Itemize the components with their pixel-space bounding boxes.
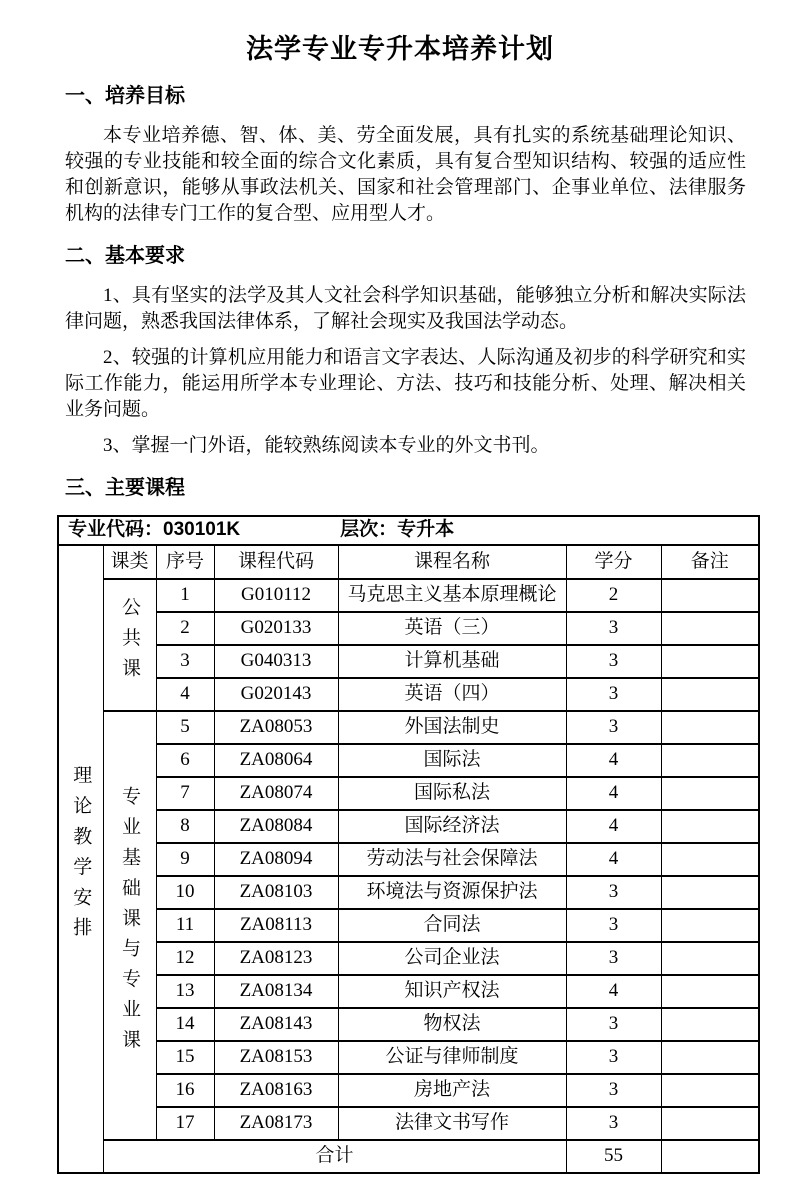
course-no: 16 — [156, 1074, 214, 1107]
course-table: 专业代码：030101K层次：专升本 理论教学安排 课类 序号 课程代码 课程名… — [57, 515, 760, 1174]
course-category-text: 专业基础课与专业课 — [120, 786, 139, 1060]
course-name: 物权法 — [338, 1008, 566, 1041]
course-code: G020143 — [214, 678, 338, 711]
course-no: 9 — [156, 843, 214, 876]
course-credits: 3 — [566, 909, 661, 942]
course-row: 9ZA08094劳动法与社会保障法4 — [58, 843, 759, 876]
course-name: 马克思主义基本原理概论 — [338, 579, 566, 612]
course-credits: 4 — [566, 810, 661, 843]
course-no: 6 — [156, 744, 214, 777]
course-remark — [661, 909, 759, 942]
course-credits: 4 — [566, 777, 661, 810]
course-credits: 4 — [566, 975, 661, 1008]
course-credits: 4 — [566, 744, 661, 777]
course-row: 公共课1G010112马克思主义基本原理概论2 — [58, 579, 759, 612]
major-code-value: 030101K — [163, 519, 240, 540]
course-row: 17ZA08173法律文书写作3 — [58, 1107, 759, 1140]
section-training-objectives: 一、培养目标 本专业培养德、智、体、美、劳全面发展，具有扎实的系统基础理论知识、… — [0, 83, 800, 227]
course-row: 12ZA08123公司企业法3 — [58, 942, 759, 975]
course-row: 7ZA08074国际私法4 — [58, 777, 759, 810]
course-code: ZA08064 — [214, 744, 338, 777]
course-name: 公证与律师制度 — [338, 1041, 566, 1074]
course-remark — [661, 711, 759, 744]
course-name: 环境法与资源保护法 — [338, 876, 566, 909]
course-row: 11ZA08113合同法3 — [58, 909, 759, 942]
level-value: 专升本 — [397, 519, 454, 540]
side-label-theory-teaching: 理论教学安排 — [58, 545, 103, 1173]
col-header-serial-no: 序号 — [156, 545, 214, 579]
table-total-row: 合计 55 — [58, 1140, 759, 1173]
major-code-label: 专业代码： — [68, 519, 163, 540]
course-code: ZA08163 — [214, 1074, 338, 1107]
course-row: 14ZA08143物权法3 — [58, 1008, 759, 1041]
course-remark — [661, 612, 759, 645]
course-no: 5 — [156, 711, 214, 744]
course-code: G040313 — [214, 645, 338, 678]
course-row: 16ZA08163房地产法3 — [58, 1074, 759, 1107]
course-code: ZA08113 — [214, 909, 338, 942]
course-remark — [661, 876, 759, 909]
col-header-course-name: 课程名称 — [338, 545, 566, 579]
course-code: ZA08094 — [214, 843, 338, 876]
course-remark — [661, 1041, 759, 1074]
course-credits: 2 — [566, 579, 661, 612]
total-remark — [661, 1140, 759, 1173]
course-no: 1 — [156, 579, 214, 612]
section-heading-main-courses: 三、主要课程 — [65, 475, 746, 501]
course-code: G020133 — [214, 612, 338, 645]
course-remark — [661, 645, 759, 678]
side-label-text: 理论教学安排 — [71, 765, 90, 947]
course-no: 12 — [156, 942, 214, 975]
course-code: ZA08143 — [214, 1008, 338, 1041]
course-code: G010112 — [214, 579, 338, 612]
course-name: 劳动法与社会保障法 — [338, 843, 566, 876]
course-credits: 3 — [566, 1008, 661, 1041]
course-credits: 3 — [566, 1041, 661, 1074]
col-header-course-code: 课程代码 — [214, 545, 338, 579]
document-page: 法学专业专升本培养计划 一、培养目标 本专业培养德、智、体、美、劳全面发展，具有… — [0, 0, 800, 1199]
course-no: 7 — [156, 777, 214, 810]
section-heading-basic-requirements: 二、基本要求 — [65, 243, 746, 269]
course-code: ZA08123 — [214, 942, 338, 975]
level-label: 层次： — [340, 519, 397, 540]
course-remark — [661, 942, 759, 975]
course-code: ZA08053 — [214, 711, 338, 744]
course-name: 知识产权法 — [338, 975, 566, 1008]
course-remark — [661, 843, 759, 876]
course-code: ZA08103 — [214, 876, 338, 909]
course-code: ZA08084 — [214, 810, 338, 843]
course-name: 国际法 — [338, 744, 566, 777]
course-row: 专业基础课与专业课5ZA08053外国法制史3 — [58, 711, 759, 744]
course-name: 公司企业法 — [338, 942, 566, 975]
course-remark — [661, 777, 759, 810]
col-header-remark: 备注 — [661, 545, 759, 579]
section-main-courses: 三、主要课程 — [0, 475, 800, 501]
course-name: 国际私法 — [338, 777, 566, 810]
course-credits: 3 — [566, 645, 661, 678]
course-credits: 3 — [566, 1107, 661, 1140]
course-remark — [661, 678, 759, 711]
course-row: 13ZA08134知识产权法4 — [58, 975, 759, 1008]
course-remark — [661, 1008, 759, 1041]
course-row: 15ZA08153公证与律师制度3 — [58, 1041, 759, 1074]
course-no: 17 — [156, 1107, 214, 1140]
course-row: 4G020143英语（四）3 — [58, 678, 759, 711]
course-name: 外国法制史 — [338, 711, 566, 744]
course-name: 国际经济法 — [338, 810, 566, 843]
course-credits: 3 — [566, 678, 661, 711]
course-no: 3 — [156, 645, 214, 678]
paragraph-requirement-3: 3、掌握一门外语，能较熟练阅读本专业的外文书刊。 — [65, 433, 746, 459]
course-row: 2G020133英语（三）3 — [58, 612, 759, 645]
col-header-credits: 学分 — [566, 545, 661, 579]
course-code: ZA08153 — [214, 1041, 338, 1074]
section-basic-requirements: 二、基本要求 1、具有坚实的法学及其人文社会科学知识基础，能够独立分析和解决实际… — [0, 243, 800, 459]
course-row: 8ZA08084国际经济法4 — [58, 810, 759, 843]
course-name: 房地产法 — [338, 1074, 566, 1107]
course-no: 4 — [156, 678, 214, 711]
col-header-course-type: 课类 — [103, 545, 156, 579]
course-remark — [661, 1074, 759, 1107]
course-credits: 3 — [566, 612, 661, 645]
total-label: 合计 — [103, 1140, 566, 1173]
course-credits: 4 — [566, 843, 661, 876]
course-row: 6ZA08064国际法4 — [58, 744, 759, 777]
course-remark — [661, 975, 759, 1008]
course-code: ZA08074 — [214, 777, 338, 810]
course-no: 11 — [156, 909, 214, 942]
paragraph-training-objectives: 本专业培养德、智、体、美、劳全面发展，具有扎实的系统基础理论知识、较强的专业技能… — [65, 123, 746, 227]
course-row: 3G040313计算机基础3 — [58, 645, 759, 678]
course-no: 10 — [156, 876, 214, 909]
course-category-cell: 专业基础课与专业课 — [103, 711, 156, 1140]
course-name: 合同法 — [338, 909, 566, 942]
course-remark — [661, 810, 759, 843]
course-code: ZA08173 — [214, 1107, 338, 1140]
course-remark — [661, 744, 759, 777]
course-name: 英语（三） — [338, 612, 566, 645]
course-credits: 3 — [566, 876, 661, 909]
paragraph-requirement-2: 2、较强的计算机应用能力和语言文字表达、人际沟通及初步的科学研究和实际工作能力，… — [65, 345, 746, 423]
paragraph-requirement-1: 1、具有坚实的法学及其人文社会科学知识基础，能够独立分析和解决实际法律问题，熟悉… — [65, 283, 746, 335]
course-no: 13 — [156, 975, 214, 1008]
section-heading-training-objectives: 一、培养目标 — [65, 83, 746, 109]
course-code: ZA08134 — [214, 975, 338, 1008]
course-credits: 3 — [566, 1074, 661, 1107]
course-credits: 3 — [566, 942, 661, 975]
table-meta-cell: 专业代码：030101K层次：专升本 — [58, 516, 759, 545]
course-category-cell: 公共课 — [103, 579, 156, 711]
course-name: 英语（四） — [338, 678, 566, 711]
table-header-row: 理论教学安排 课类 序号 课程代码 课程名称 学分 备注 — [58, 545, 759, 579]
course-category-text: 公共课 — [120, 597, 139, 688]
table-meta-row: 专业代码：030101K层次：专升本 — [58, 516, 759, 545]
course-name: 法律文书写作 — [338, 1107, 566, 1140]
course-no: 15 — [156, 1041, 214, 1074]
course-no: 14 — [156, 1008, 214, 1041]
course-name: 计算机基础 — [338, 645, 566, 678]
course-no: 8 — [156, 810, 214, 843]
course-credits: 3 — [566, 711, 661, 744]
document-title: 法学专业专升本培养计划 — [0, 32, 800, 67]
course-no: 2 — [156, 612, 214, 645]
course-remark — [661, 1107, 759, 1140]
course-row: 10ZA08103环境法与资源保护法3 — [58, 876, 759, 909]
course-remark — [661, 579, 759, 612]
total-credits: 55 — [566, 1140, 661, 1173]
